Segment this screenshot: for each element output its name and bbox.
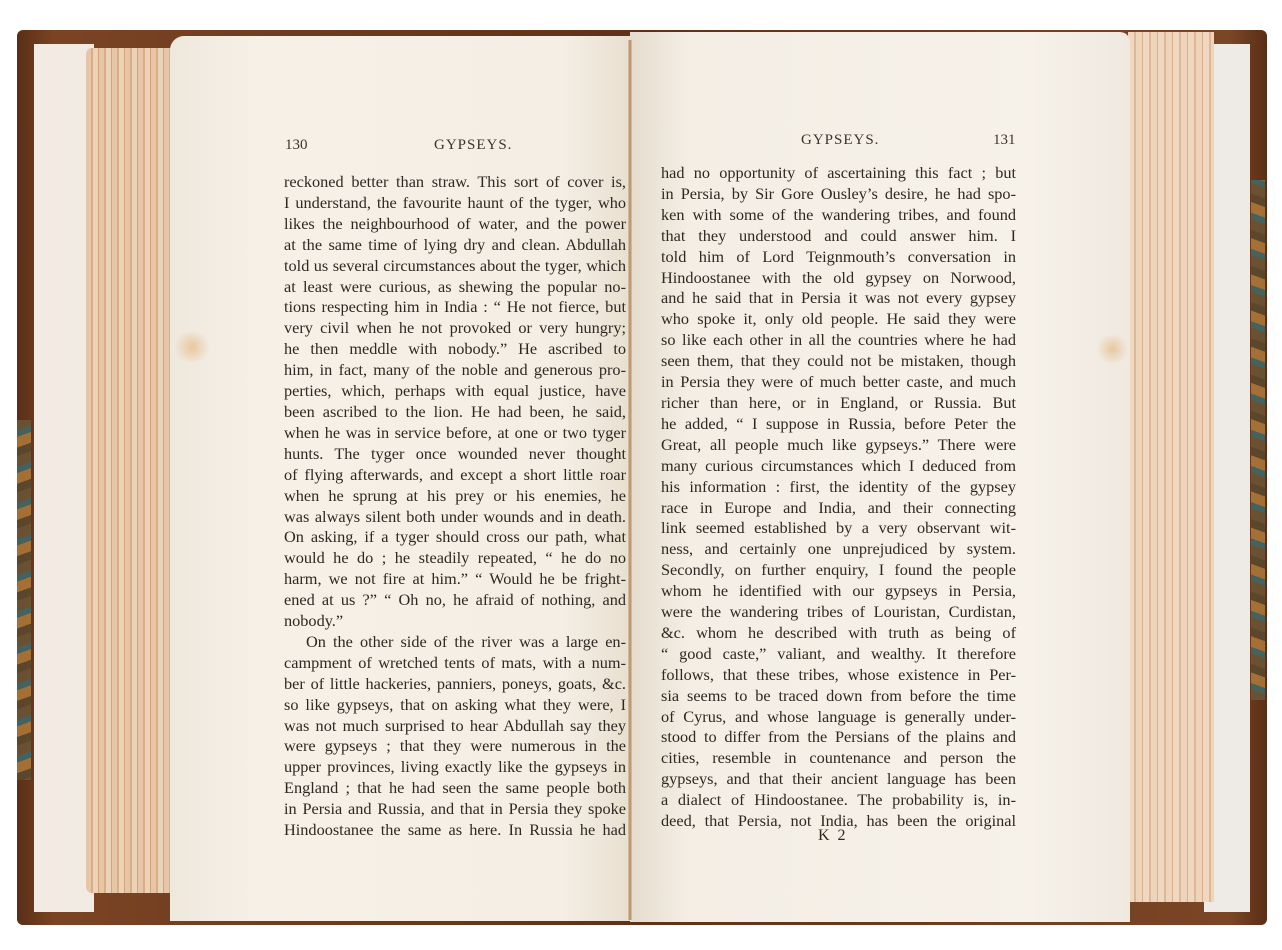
text-line: upper provinces, living exactly like the… [284,757,626,778]
text-line: sia seems to be traced down from before … [661,686,1016,707]
text-line: who spoke it, only old people. He said t… [661,309,1016,330]
left-page-body-text: reckoned better than straw. This sort of… [284,172,626,841]
text-line: and he said that in Persia it was not ev… [661,288,1016,309]
text-line: in Persia they were of much better caste… [661,372,1016,393]
text-line: when he was in service before, at one or… [284,423,626,444]
text-line: he added, “ I suppose in Russia, before … [661,414,1016,435]
text-line: hunts. The tyger once wounded never thou… [284,444,626,465]
book-gutter [628,40,632,920]
text-line: On asking, if a tyger should cross our p… [284,527,626,548]
text-line: very civil when he not provoked or very … [284,318,626,339]
text-line: him, in fact, many of the noble and gene… [284,360,626,381]
text-line: would he do ; he steadily repeated, “ he… [284,548,626,569]
text-line: ken with some of the wandering tribes, a… [661,205,1016,226]
text-line: richer than here, or in England, or Russ… [661,393,1016,414]
text-line: that they understood and could answer hi… [661,226,1016,247]
marbled-cover-right [1251,180,1265,700]
running-head-right: GYPSEYS. [801,132,879,149]
foxing-stain [172,332,212,362]
text-line: likes the neighbourhood of water, and th… [284,214,626,235]
page-edges-right [1128,32,1214,902]
text-line: when he sprung at his prey or his enemie… [284,486,626,507]
text-line: cities, resemble in countenance and pers… [661,748,1016,769]
text-line: he then meddle with nobody.” He ascribed… [284,339,626,360]
text-line: told us several circumstances about the … [284,256,626,277]
text-line: nobody.” [284,611,626,632]
foxing-stain [1095,335,1130,363]
text-line: been ascribed to the lion. He had been, … [284,402,626,423]
text-line: of Cyrus, and whose language is generall… [661,707,1016,728]
endpaper-left [34,44,94,912]
text-line: of flying afterwards, and except a short… [284,465,626,486]
text-line: stood to differ from the Persians of the… [661,727,1016,748]
text-line: were the wandering tribes of Louristan, … [661,602,1016,623]
text-line: follows, that these tribes, whose existe… [661,665,1016,686]
running-head-left: GYPSEYS. [434,137,512,154]
text-line: tions respecting him in India : “ He not… [284,297,626,318]
text-line: at least were curious, as shewing the po… [284,277,626,298]
page-number-left: 130 [285,137,308,154]
text-line: so like each other in all the countries … [661,330,1016,351]
text-line: campment of wretched tents of mats, with… [284,653,626,674]
text-line: perties, which, perhaps with equal justi… [284,381,626,402]
text-line: reckoned better than straw. This sort of… [284,172,626,193]
text-line: Hindoostanee the same as here. In Russia… [284,820,626,841]
marbled-cover-left [17,420,31,780]
text-line: was not much surprised to hear Abdullah … [284,716,626,737]
right-page-body-text: had no opportunity of ascertaining this … [661,163,1016,832]
text-line: ened at us ?” “ Oh no, he afraid of noth… [284,590,626,611]
page-edges-left [86,48,172,893]
text-line: &c. whom he described with truth as bein… [661,623,1016,644]
text-line: Secondly, on further enquiry, I found th… [661,560,1016,581]
text-line: his information : first, the identity of… [661,477,1016,498]
text-line: England ; that he had seen the same peop… [284,778,626,799]
text-line: were gypseys ; that they were numerous i… [284,736,626,757]
signature-mark: K 2 [818,827,848,845]
text-line: a dialect of Hindoostanee. The probabili… [661,790,1016,811]
text-line: in Persia, by Sir Gore Ousley’s desire, … [661,184,1016,205]
text-line: “ good caste,” valiant, and wealthy. It … [661,644,1016,665]
text-line: ber of little hackeries, panniers, poney… [284,674,626,695]
text-line: race in Europe and India, and their conn… [661,498,1016,519]
text-line: harm, we not fire at him.” “ Would he be… [284,569,626,590]
text-line: so like gypseys, that on asking what the… [284,695,626,716]
text-line: ness, and certainly one unprejudiced by … [661,539,1016,560]
text-line: seen them, that they could not be mistak… [661,351,1016,372]
text-line: whom he identified with our gypseys in P… [661,581,1016,602]
page-number-right: 131 [993,132,1016,149]
text-line: link seemed established by a very observ… [661,518,1016,539]
text-line: had no opportunity of ascertaining this … [661,163,1016,184]
text-line: at the same time of lying dry and clean.… [284,235,626,256]
text-line: was always silent both under wounds and … [284,507,626,528]
text-line: Hindoostanee with the old gypsey on Norw… [661,268,1016,289]
text-line: many curious circumstances which I deduc… [661,456,1016,477]
text-line: in Persia and Russia, and that in Persia… [284,799,626,820]
text-line: On the other side of the river was a lar… [284,632,626,653]
text-line: I understand, the favourite haunt of the… [284,193,626,214]
text-line: told him of Lord Teignmouth’s conversati… [661,247,1016,268]
text-line: Great, all people much like gypseys.” Th… [661,435,1016,456]
text-line: gypseys, and that their ancient language… [661,769,1016,790]
